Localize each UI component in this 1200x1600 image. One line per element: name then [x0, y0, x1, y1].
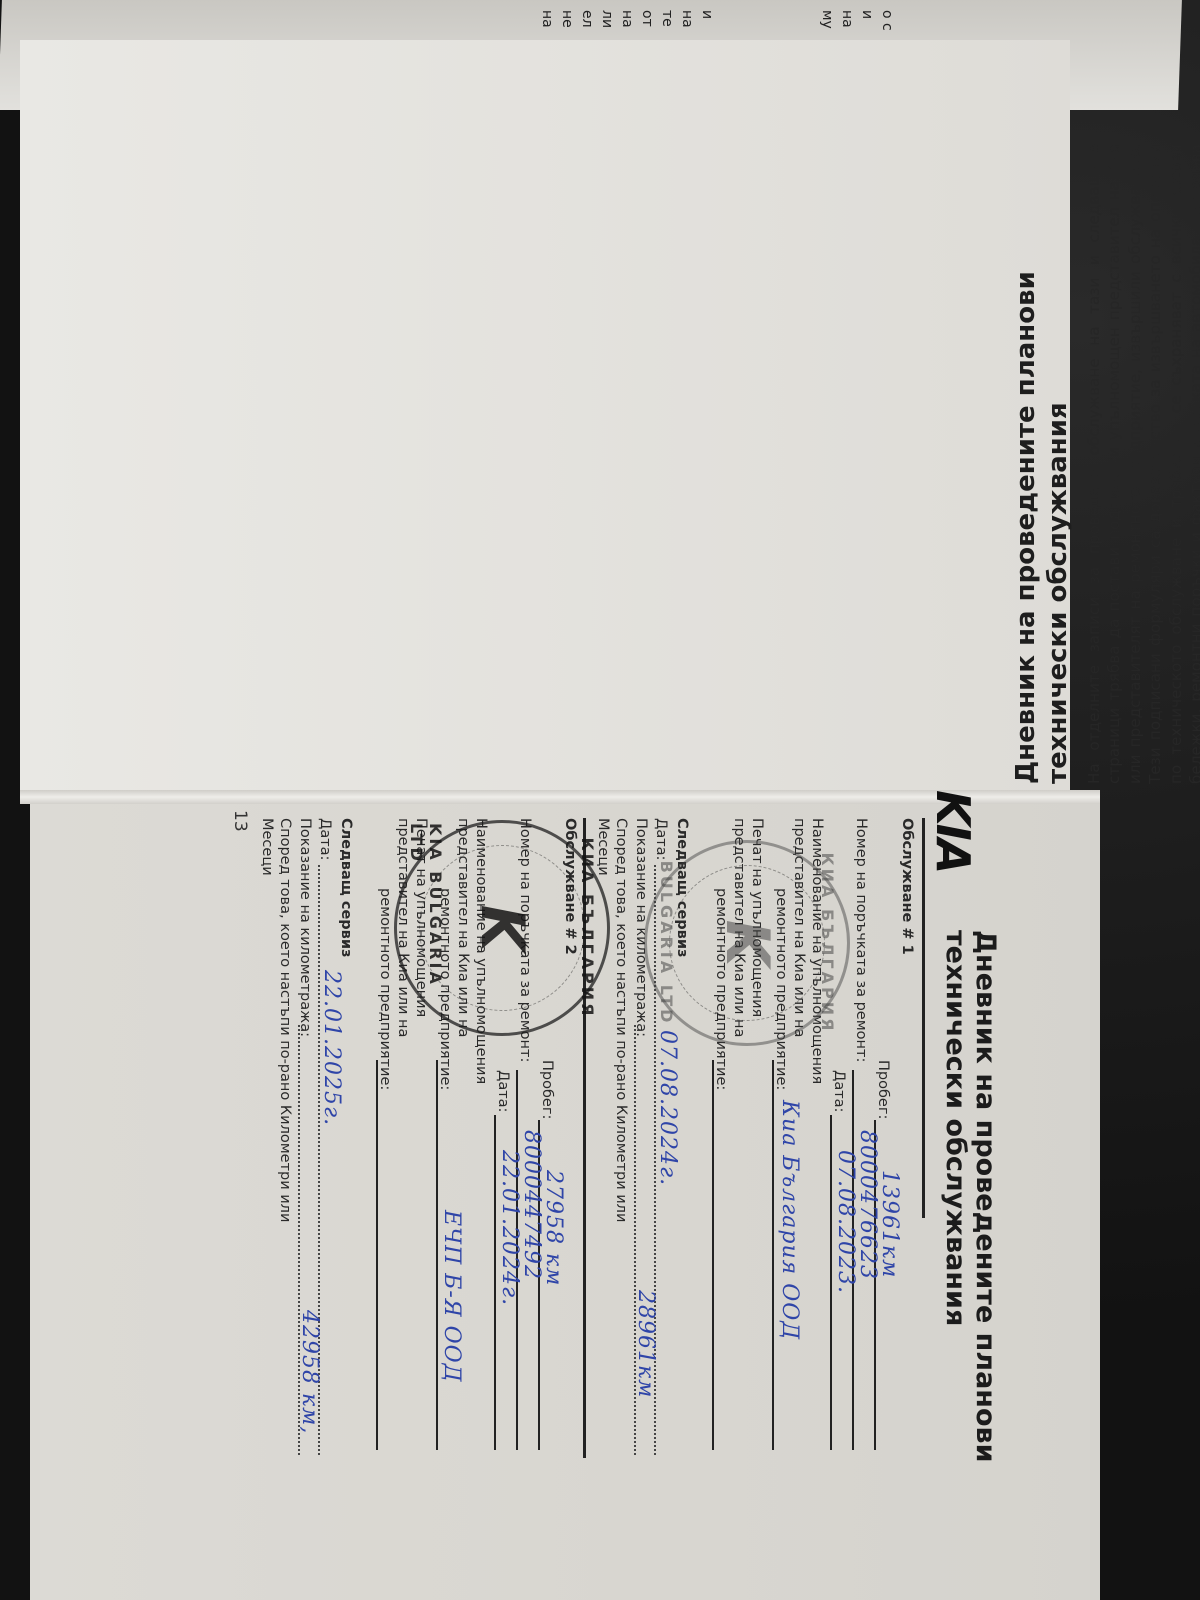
dealer-stamp: КИА БЪЛГАРИЯ K KIA BULGARIA LTD	[394, 820, 610, 1036]
service-2-next-odometer-label: Показание на километража:	[296, 818, 314, 1037]
previous-page-fragment: му	[819, 10, 835, 29]
service-1-order-value: 8000476623	[855, 1130, 880, 1280]
page-number: 13	[230, 810, 250, 832]
seal-field-line	[712, 1060, 714, 1450]
title-line-1: Дневник на проведените планови	[1010, 130, 1042, 784]
service-1-date-label: Дата:	[830, 1070, 848, 1112]
service-2-date-label: Дата:	[494, 1070, 512, 1112]
service-1-heading: Обслужване # 1	[899, 818, 915, 955]
service-2-mileage-value: 27958 км	[541, 1170, 566, 1286]
service-2-date-value: 22.01.2024г.	[497, 1150, 522, 1306]
date-field-line	[494, 1115, 496, 1450]
service-1-next-date-value: 07.08.2024г.	[655, 1030, 680, 1186]
previous-page-fragment: и	[859, 10, 875, 19]
service-1-date-value: 07.08.2023.	[833, 1150, 858, 1294]
previous-page-fragment: от	[639, 10, 655, 27]
service-booklet: о с и на му и на те от на ли ел не на Дн…	[0, 0, 1200, 1600]
previous-page-fragment: на	[539, 10, 555, 28]
name-field-line	[772, 1060, 774, 1450]
service-1-order-label: Номер на поръчката за ремонт:	[852, 818, 870, 1062]
left-page-paper	[20, 40, 1070, 800]
previous-page-fragment: ел	[579, 10, 595, 28]
previous-page-fragment: не	[559, 10, 575, 28]
service-1-name-value: Киа България ООД	[777, 1100, 802, 1340]
previous-page-fragment: на	[619, 10, 635, 28]
title-line-2: технически обслужвания	[1042, 130, 1074, 784]
dealer-stamp: КИА БЪЛГАРИЯ K BULGARIA LTD	[644, 840, 850, 1046]
seal-field-line	[376, 1060, 378, 1450]
service-2-next-date-value: 22.01.2025г.	[319, 970, 344, 1126]
name-field-line	[436, 1060, 438, 1450]
service-2-next-note: Според това, което настъпи по-рано Килом…	[276, 818, 294, 1222]
title-line-2: технически обслужвания	[940, 930, 970, 1463]
previous-page-fragment: на	[679, 10, 695, 28]
right-page: KIA Дневник на проведените планови техни…	[50, 770, 1010, 1590]
section-rule	[922, 818, 925, 1218]
service-1-mileage-value: 13961км	[877, 1170, 902, 1278]
service-2-order-value: 8000447492	[519, 1130, 544, 1280]
service-1-next-odometer-value: 28961км	[633, 1290, 658, 1398]
service-2-next-note-2: Месеци	[258, 818, 276, 876]
previous-page-fragment: на	[839, 10, 855, 28]
previous-page-fragment: о с	[879, 10, 895, 31]
service-2-mileage-label: Пробег:	[538, 1060, 556, 1119]
service-2-name-value: ЕЧП Б-Я ООД	[439, 1210, 464, 1383]
service-2-next-heading: Следващ сервиз	[338, 818, 354, 957]
service-2-next-odometer-value: 42958 км,	[297, 1310, 322, 1434]
title-line-1: Дневник на проведените планови	[970, 930, 1000, 1463]
previous-page-fragment: и	[699, 10, 715, 19]
date-field-line	[830, 1115, 832, 1450]
page-title: Дневник на проведените планови техническ…	[1010, 130, 1074, 784]
service-1-mileage-label: Пробег:	[874, 1060, 892, 1119]
stamp-ring	[669, 865, 825, 1021]
previous-page-fragment: те	[659, 10, 675, 27]
service-1-next-note: Според това, което настъпи по-рано Килом…	[612, 818, 630, 1222]
service-1-next-date-label: Дата:	[652, 818, 670, 860]
kia-logo: KIA	[926, 790, 980, 872]
left-page: Дневник на проведените планови техническ…	[1010, 130, 1200, 790]
service-2-next-date-label: Дата:	[316, 818, 334, 860]
instructions-paragraph: На отделните записи за проведено обслужв…	[1084, 144, 1200, 784]
previous-page-fragment: ли	[599, 10, 615, 28]
page-title: Дневник на проведените планови техническ…	[940, 930, 1000, 1463]
